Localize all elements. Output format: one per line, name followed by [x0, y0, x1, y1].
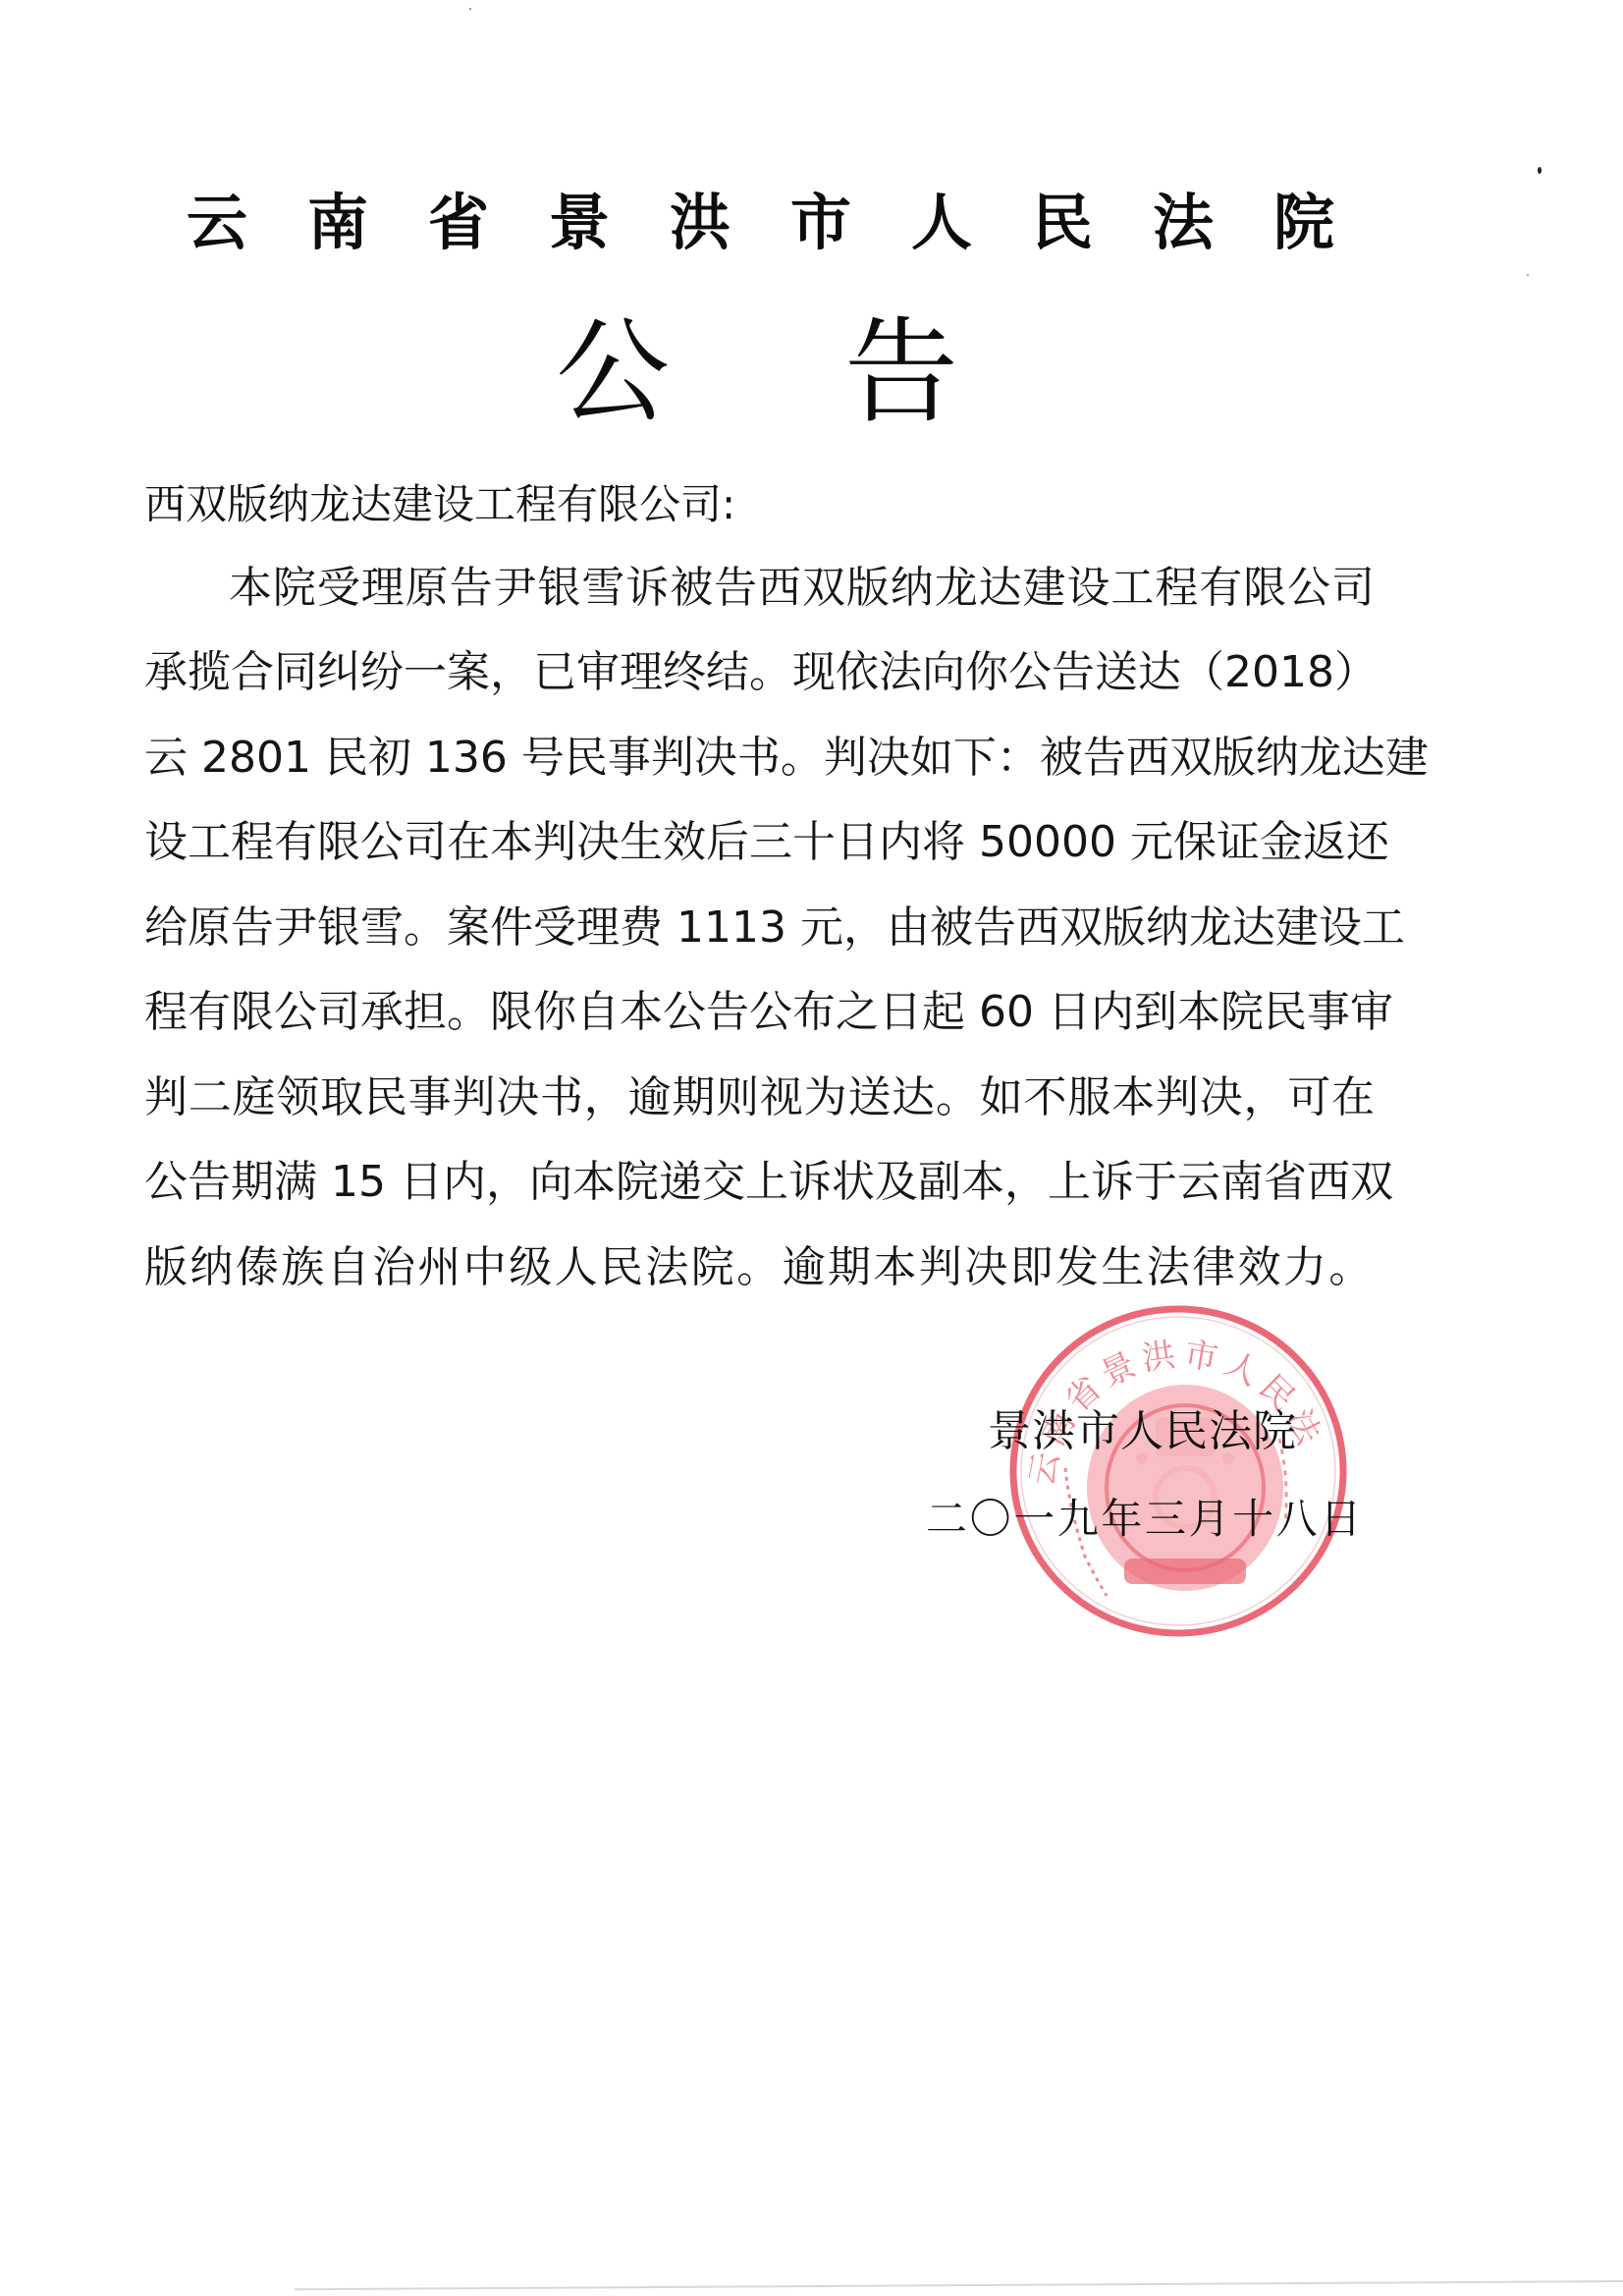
body-line-9: 版纳傣族自治州中级人民法院。逾期本判决即发生法律效力。 [144, 1246, 1375, 1289]
body-line-3: 云 2801 民初 136 号民事判决书。判决如下：被告西双版纳龙达建 [144, 737, 1375, 780]
body-line-6: 程有限公司承担。限你自本公告公布之日起 60 日内到本院民事审 [144, 991, 1375, 1034]
addressee: 西双版纳龙达建设工程有限公司: [144, 484, 735, 525]
signature-court-name: 景洪市人民法院 [988, 1410, 1297, 1453]
scan-speck [469, 8, 471, 10]
body-line-4: 设工程有限公司在本判决生效后三十日内将 50000 元保证金返还 [144, 821, 1375, 864]
signature-date: 二〇一九年三月十八日 [926, 1499, 1364, 1540]
body-line-1: 本院受理原告尹银雪诉被告西双版纳龙达建设工程有限公司 [229, 567, 1375, 610]
court-title: 云南省景洪市人民法院 [187, 192, 1394, 253]
official-seal-icon: 云南省景洪市人民法院 [1006, 1301, 1350, 1641]
body-line-5: 给原告尹银雪。案件受理费 1113 元，由被告西双版纳龙达建设工 [144, 906, 1375, 950]
scan-edge-line [295, 2280, 1623, 2290]
body-line-2: 承揽合同纠纷一案，已审理终结。现依法向你公告送达（2018） [144, 651, 1375, 694]
body-line-8: 公告期满 15 日内，向本院递交上诉状及副本，上诉于云南省西双 [144, 1161, 1375, 1204]
body-line-7: 判二庭领取民事判决书，逾期则视为送达。如不服本判决，可在 [144, 1076, 1375, 1120]
scan-speck [1527, 274, 1529, 276]
scan-speck [1538, 167, 1542, 174]
notice-heading: 公告 [556, 316, 1133, 430]
